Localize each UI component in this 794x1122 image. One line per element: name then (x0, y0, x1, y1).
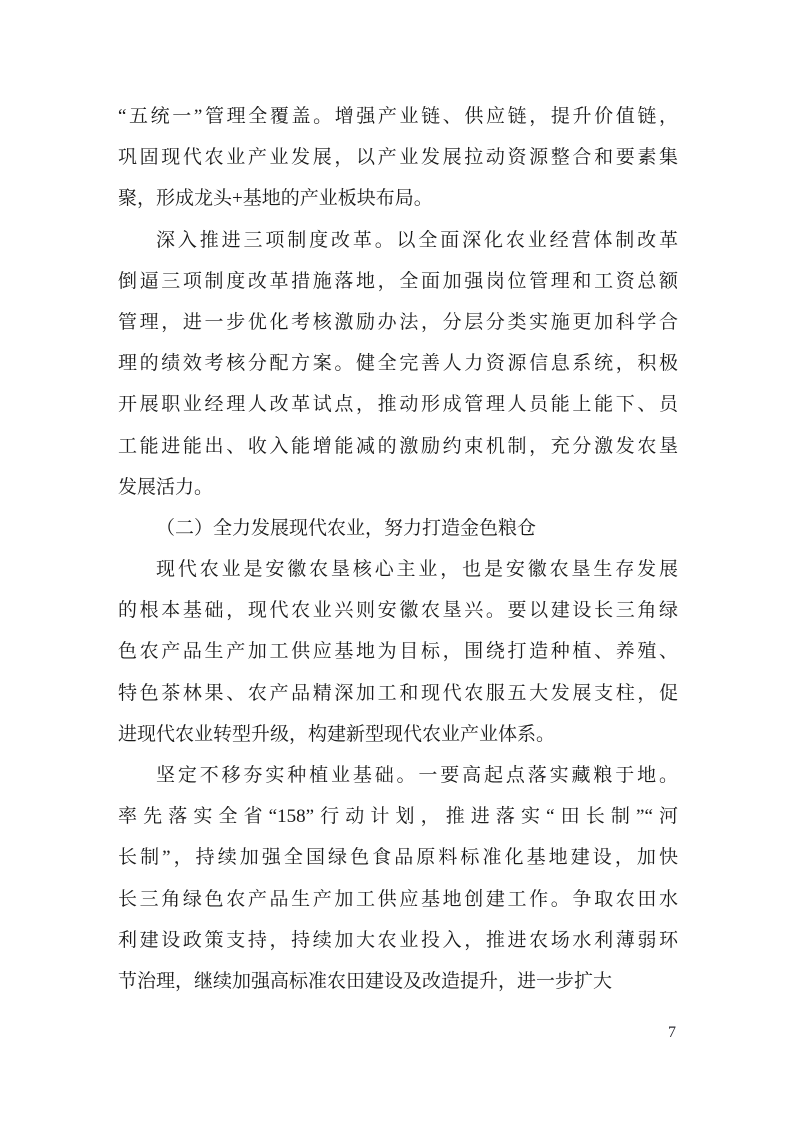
document-page: “五统一”管理全覆盖。增强产业链、供应链，提升价值链，巩固现代农业产业发展，以产… (0, 0, 794, 1122)
text-line: 利建设政策支持，持续加大农业投入，推进农场水利薄弱环 (118, 920, 678, 961)
text-line: 理的绩效考核分配方案。健全完善人力资源信息系统，积极 (118, 343, 678, 384)
paragraph: “五统一”管理全覆盖。增强产业链、供应链，提升价值链，巩固现代农业产业发展，以产… (118, 96, 678, 220)
text-line: 倒逼三项制度改革措施落地，全面加强岗位管理和工资总额 (118, 261, 678, 302)
text-line: 开展职业经理人改革试点，推动形成管理人员能上能下、员 (118, 384, 678, 425)
paragraph: 现代农业是安徽农垦核心主业，也是安徽农垦生存发展的根本基础，现代农业兴则安徽农垦… (118, 549, 678, 755)
page-number: 7 (660, 1022, 684, 1044)
text-line: 深入推进三项制度改革。以全面深化农业经营体制改革 (118, 220, 678, 261)
text-line: 现代农业是安徽农垦核心主业，也是安徽农垦生存发展 (118, 549, 678, 590)
text-line: 坚定不移夯实种植业基础。一要高起点落实藏粮于地。 (118, 755, 678, 796)
text-line: 进现代农业转型升级，构建新型现代农业产业体系。 (118, 714, 678, 755)
text-line: 管理，进一步优化考核激励办法，分层分类实施更加科学合 (118, 302, 678, 343)
text-line: 聚，形成龙头+基地的产业板块布局。 (118, 178, 678, 219)
text-line: 工能进能出、收入能增能减的激励约束机制，充分激发农垦 (118, 426, 678, 467)
paragraph: 深入推进三项制度改革。以全面深化农业经营体制改革倒逼三项制度改革措施落地，全面加… (118, 220, 678, 508)
section-heading: （二）全力发展现代农业，努力打造金色粮仓 (118, 508, 678, 549)
text-line: 节治理，继续加强高标准农田建设及改造提升，进一步扩大 (118, 961, 678, 1002)
text-line: 的根本基础，现代农业兴则安徽农垦兴。要以建设长三角绿 (118, 590, 678, 631)
text-line: “五统一”管理全覆盖。增强产业链、供应链，提升价值链， (118, 96, 678, 137)
text-line: 长三角绿色农产品生产加工供应基地创建工作。争取农田水 (118, 879, 678, 920)
document-body: “五统一”管理全覆盖。增强产业链、供应链，提升价值链，巩固现代农业产业发展，以产… (118, 96, 678, 1002)
text-line: 率先落实全省“158”行动计划，推进落实“田长制”“河 (118, 796, 678, 837)
text-line: 巩固现代农业产业发展，以产业发展拉动资源整合和要素集 (118, 137, 678, 178)
paragraph: 坚定不移夯实种植业基础。一要高起点落实藏粮于地。率先落实全省“158”行动计划，… (118, 755, 678, 1002)
text-line: 色农产品生产加工供应基地为目标，围绕打造种植、养殖、 (118, 631, 678, 672)
text-line: 长制”，持续加强全国绿色食品原料标准化基地建设，加快 (118, 837, 678, 878)
text-line: 特色茶林果、农产品精深加工和现代农服五大发展支柱，促 (118, 673, 678, 714)
heading-line: （二）全力发展现代农业，努力打造金色粮仓 (118, 508, 678, 549)
text-line: 发展活力。 (118, 467, 678, 508)
